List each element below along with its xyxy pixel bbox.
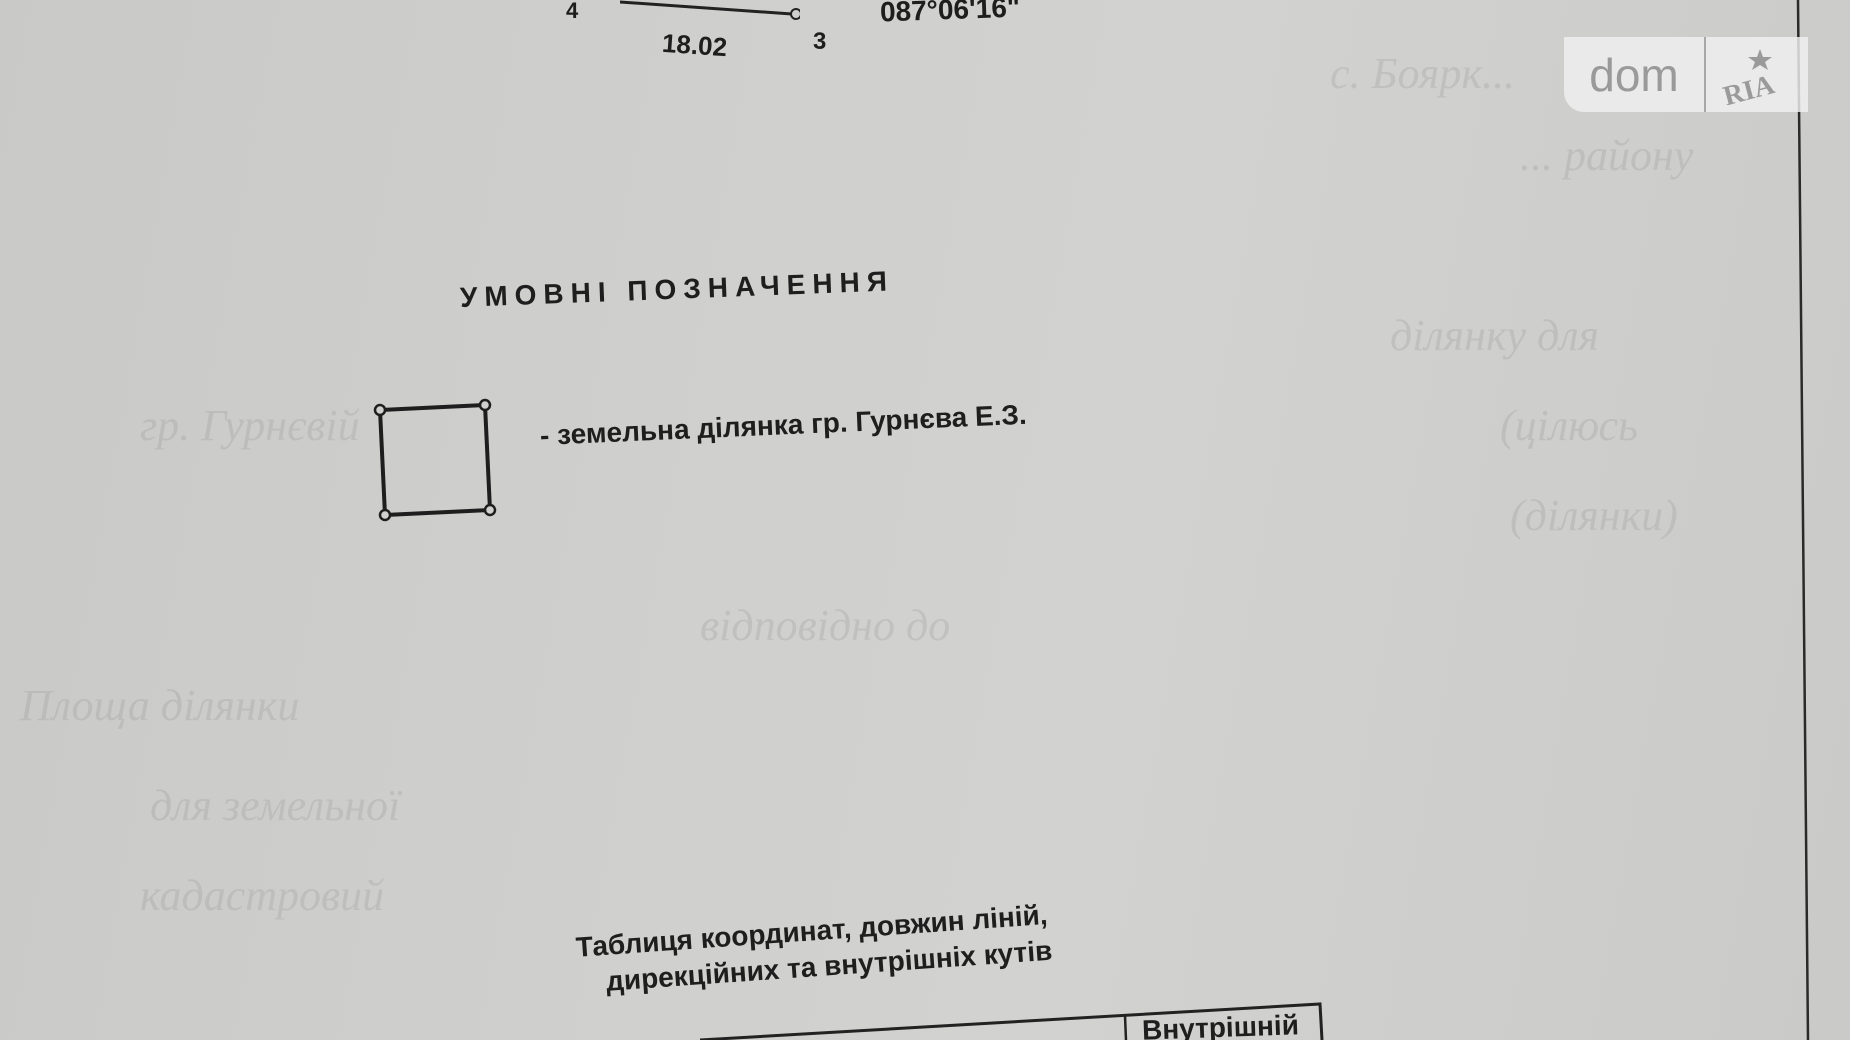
background-ghost-text: ділянку для — [1390, 310, 1599, 361]
coordinates-table-title: Таблиця координат, довжин ліній, дирекці… — [572, 897, 1053, 1002]
background-ghost-text: кадастровий — [140, 870, 384, 921]
ria-logo-icon: RIA — [1706, 37, 1808, 112]
background-ghost-text: (цілюсь — [1500, 400, 1638, 451]
dom-ria-watermark: dom RIA — [1564, 37, 1808, 112]
background-ghost-text: ... району — [1520, 130, 1693, 181]
plan-point-label: 3 — [813, 28, 826, 56]
table-column-header: Внутрішній — [1141, 1009, 1299, 1040]
background-ghost-text: для земельної — [150, 780, 400, 831]
plot-boundary-line — [620, 0, 800, 22]
background-ghost-text: (ділянки) — [1510, 490, 1678, 541]
plan-point-label: 4 — [566, 0, 578, 24]
watermark-dom-text: dom — [1564, 37, 1706, 112]
legend-title: УМОВНІ ПОЗНАЧЕННЯ — [459, 265, 894, 314]
watermark-ria-text: RIA — [1720, 68, 1778, 104]
legend-item-label: - земельна ділянка гр. Гурнєва Е.З. — [539, 399, 1027, 452]
page-frame-line — [1793, 0, 1813, 1040]
land-plot-square-icon — [370, 395, 500, 525]
direction-angle-label: 087°06'16" — [879, 0, 1020, 28]
background-ghost-text: відповідно до — [700, 600, 950, 651]
line-length-label: 18.02 — [661, 28, 728, 63]
background-ghost-text: Площа ділянки — [20, 680, 299, 731]
background-ghost-text: с. Боярк... — [1330, 48, 1515, 99]
background-ghost-text: гр. Гурнєвій — [140, 400, 360, 451]
